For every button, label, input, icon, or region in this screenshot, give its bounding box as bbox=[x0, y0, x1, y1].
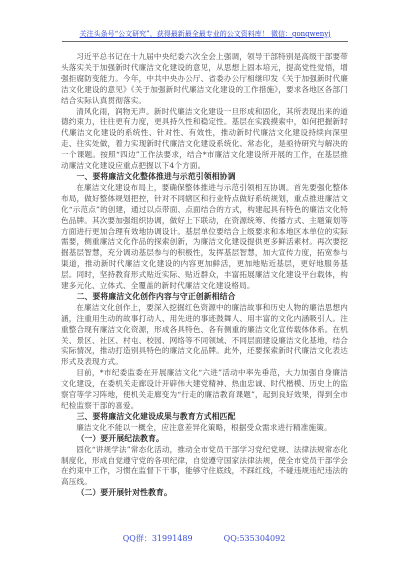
qq-group-label: QQ群： bbox=[123, 533, 152, 545]
qq-label: QQ: bbox=[224, 533, 240, 545]
subsection-heading-1: （一）要开展纪法教育。 bbox=[61, 434, 348, 445]
header-promo-link[interactable]: 关注头条号“公文研究”，获得最新最全最专业的公文资料库！ 微信：gongweny… bbox=[80, 30, 331, 38]
document-body: 习近平总书记在十九届中央纪委六次全会上强调，领导干部特别是高级干部要带头落实关于… bbox=[61, 52, 348, 499]
page-header: 关注头条号“公文研究”，获得最新最全最专业的公文资料库！ 微信：gongweny… bbox=[62, 29, 348, 42]
paragraph-context: 清风化雨，润物无声。新时代廉洁文化建设一旦形成和固化，其所表现出来的道德约束力，… bbox=[61, 107, 348, 172]
section-heading-2: 二、要将廉洁文化创作内容与守正创新相结合 bbox=[61, 292, 348, 303]
section-heading-3: 三、要将廉洁文化建设成果与教育方式相匹配 bbox=[61, 412, 348, 423]
paragraph-section-3: 廉洁文化不能以一概全，应注意差异化策略，根据受众需求进行精准施策。 bbox=[61, 423, 348, 434]
paragraph-section-2-example: 目前，*市纪委监委在开展廉洁文化“六进”活动中率先垂范，大力加强自身廉洁文化建设… bbox=[61, 368, 348, 412]
subsection-heading-2: （二）要开展针对性教育。 bbox=[61, 488, 348, 499]
paragraph-intro: 习近平总书记在十九届中央纪委六次全会上强调，领导干部特别是高级干部要带头落实关于… bbox=[61, 52, 348, 107]
qq-group-number: 31991489 bbox=[152, 533, 193, 545]
paragraph-section-2: 在廉洁文化创作上，要深入挖掘红色资源中的廉洁故事和历史人物的廉洁思想内涵，注重用… bbox=[61, 303, 348, 368]
section-heading-1: 一、要将廉洁文化整体推进与示范引领相协调 bbox=[61, 172, 348, 183]
paragraph-subsection-1: 固化“讲规学法”常态化活动，推动全市党员干部学习党纪党规、法律法规常态化制度化，… bbox=[61, 445, 348, 489]
page-footer: QQ群：31991489 QQ:535304092 bbox=[0, 533, 408, 545]
document-page: 关注头条号“公文研究”，获得最新最全最专业的公文资料库！ 微信：gongweny… bbox=[0, 0, 408, 580]
paragraph-section-1: 在廉洁文化建设布局上，要确保整体推进与示范引领相互协调。首先要强化整体布局，做好… bbox=[61, 183, 348, 292]
qq-number: 535304092 bbox=[239, 533, 285, 545]
